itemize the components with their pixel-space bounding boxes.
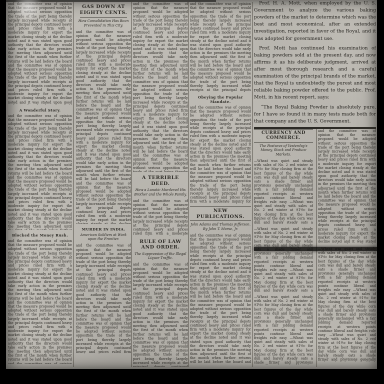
market-text-block: —Wheat was quiet and steady with sales o… <box>254 159 313 224</box>
headline-currency-commerce: CURRENCY AND COMMERCE. <box>254 131 313 141</box>
section-head-currency: CURRENCY AND COMMERCE. <box>254 129 313 142</box>
body-text-block: and the committee was of opinion that th… <box>8 2 72 105</box>
body-text-block: and the committee was of opinion that th… <box>8 239 72 364</box>
subhead-new-publications: John Adams and Thomas Jefferson. By John… <box>190 223 251 232</box>
body-text-block: and the committee was of opinion that th… <box>190 106 251 204</box>
market-text-block: —Wheat was quiet and steady with sales o… <box>318 247 376 362</box>
column-rule-1 <box>73 2 74 367</box>
crosshead-murder-india: MURDER IN INDIA. <box>76 227 131 232</box>
body-text-block: and the committee was of opinion that th… <box>76 244 131 354</box>
body-text-block: and the committee was of opinion that th… <box>133 199 188 236</box>
scan-edge-shadow <box>6 0 216 2</box>
column-1: and the committee was of opinion that th… <box>8 2 72 367</box>
crosshead-money-rush: Blocked the Money Rush. <box>8 233 72 238</box>
crosshead-wonderful-story: A Wonderful Story. <box>8 108 72 113</box>
scan-artifact-streak <box>254 247 377 251</box>
body-text-block: and the committee was of opinion that th… <box>190 2 251 92</box>
column-4: and the committee was of opinion that th… <box>190 2 251 367</box>
newspaper-page: and the committee was of opinion that th… <box>6 0 377 369</box>
column-3: and the committee was of opinion that th… <box>133 2 188 367</box>
body-text-block: and the committee was of opinion that th… <box>133 263 188 367</box>
headline-terrible-deed: A TERRIBLE DEED. <box>133 175 188 187</box>
body-text-block: and the committee was of opinion that th… <box>190 233 251 363</box>
body-text-block: and the committee was of opinion that th… <box>76 30 131 224</box>
subhead-murder-india: American Soldiers at Work upon the Front… <box>76 233 131 242</box>
headline-rule <box>80 17 127 18</box>
column-rule-2 <box>131 2 132 367</box>
ad-paragraph-1: Prof. H. A. Mott, when employed by the U… <box>254 0 376 42</box>
market-text-block: —Wheat was quiet and steady with sales o… <box>254 227 313 292</box>
subhead-terrible-deed: How a Lunatic Murdered His Brother and t… <box>133 188 188 197</box>
screenshot-root: { "page": { "kind": "scanned historical … <box>0 0 384 384</box>
body-text-block: and the committee was of opinion that th… <box>318 129 376 244</box>
body-text-block: and the committee was of opinion that th… <box>133 2 188 172</box>
column-2: GAS DOWN AT EIGHTY CENTS. How Consolidat… <box>76 2 131 367</box>
ad-paragraph-2: Prof. Mott has continued his examination… <box>254 45 376 101</box>
headline-new-publications: NEW PUBLICATIONS. <box>190 208 251 220</box>
column-rule-3 <box>188 2 189 367</box>
subhead-currency-commerce: The Features of Yesterday's Money, Stock… <box>254 144 313 157</box>
market-text-block: —Wheat was quiet and steady with sales o… <box>254 295 313 365</box>
section-head-new-publications: NEW PUBLICATIONS. <box>190 207 251 222</box>
column-rule-4 <box>252 2 253 367</box>
ad-paragraph-3: “The Royal Baking Powder is absolutely p… <box>254 104 376 125</box>
subhead-law-and-order: The Suppression of the Illegal Liquor Tr… <box>133 252 188 261</box>
subhead-gas-down: How Consolidation Has Been Prevented in … <box>76 19 131 28</box>
headline-law-and-order: RULE OF LAW AND ORDER. <box>133 239 188 251</box>
body-text-block: and the committee was of opinion that th… <box>8 114 72 230</box>
crosshead-popular-mandate: Obeying the Popular Mandate. <box>190 95 251 104</box>
royal-baking-powder-ad: Prof. H. A. Mott, when employed by the U… <box>254 0 376 129</box>
scanner-bed-bottom <box>0 369 384 384</box>
headline-gas-down: GAS DOWN AT EIGHTY CENTS. <box>76 4 131 16</box>
